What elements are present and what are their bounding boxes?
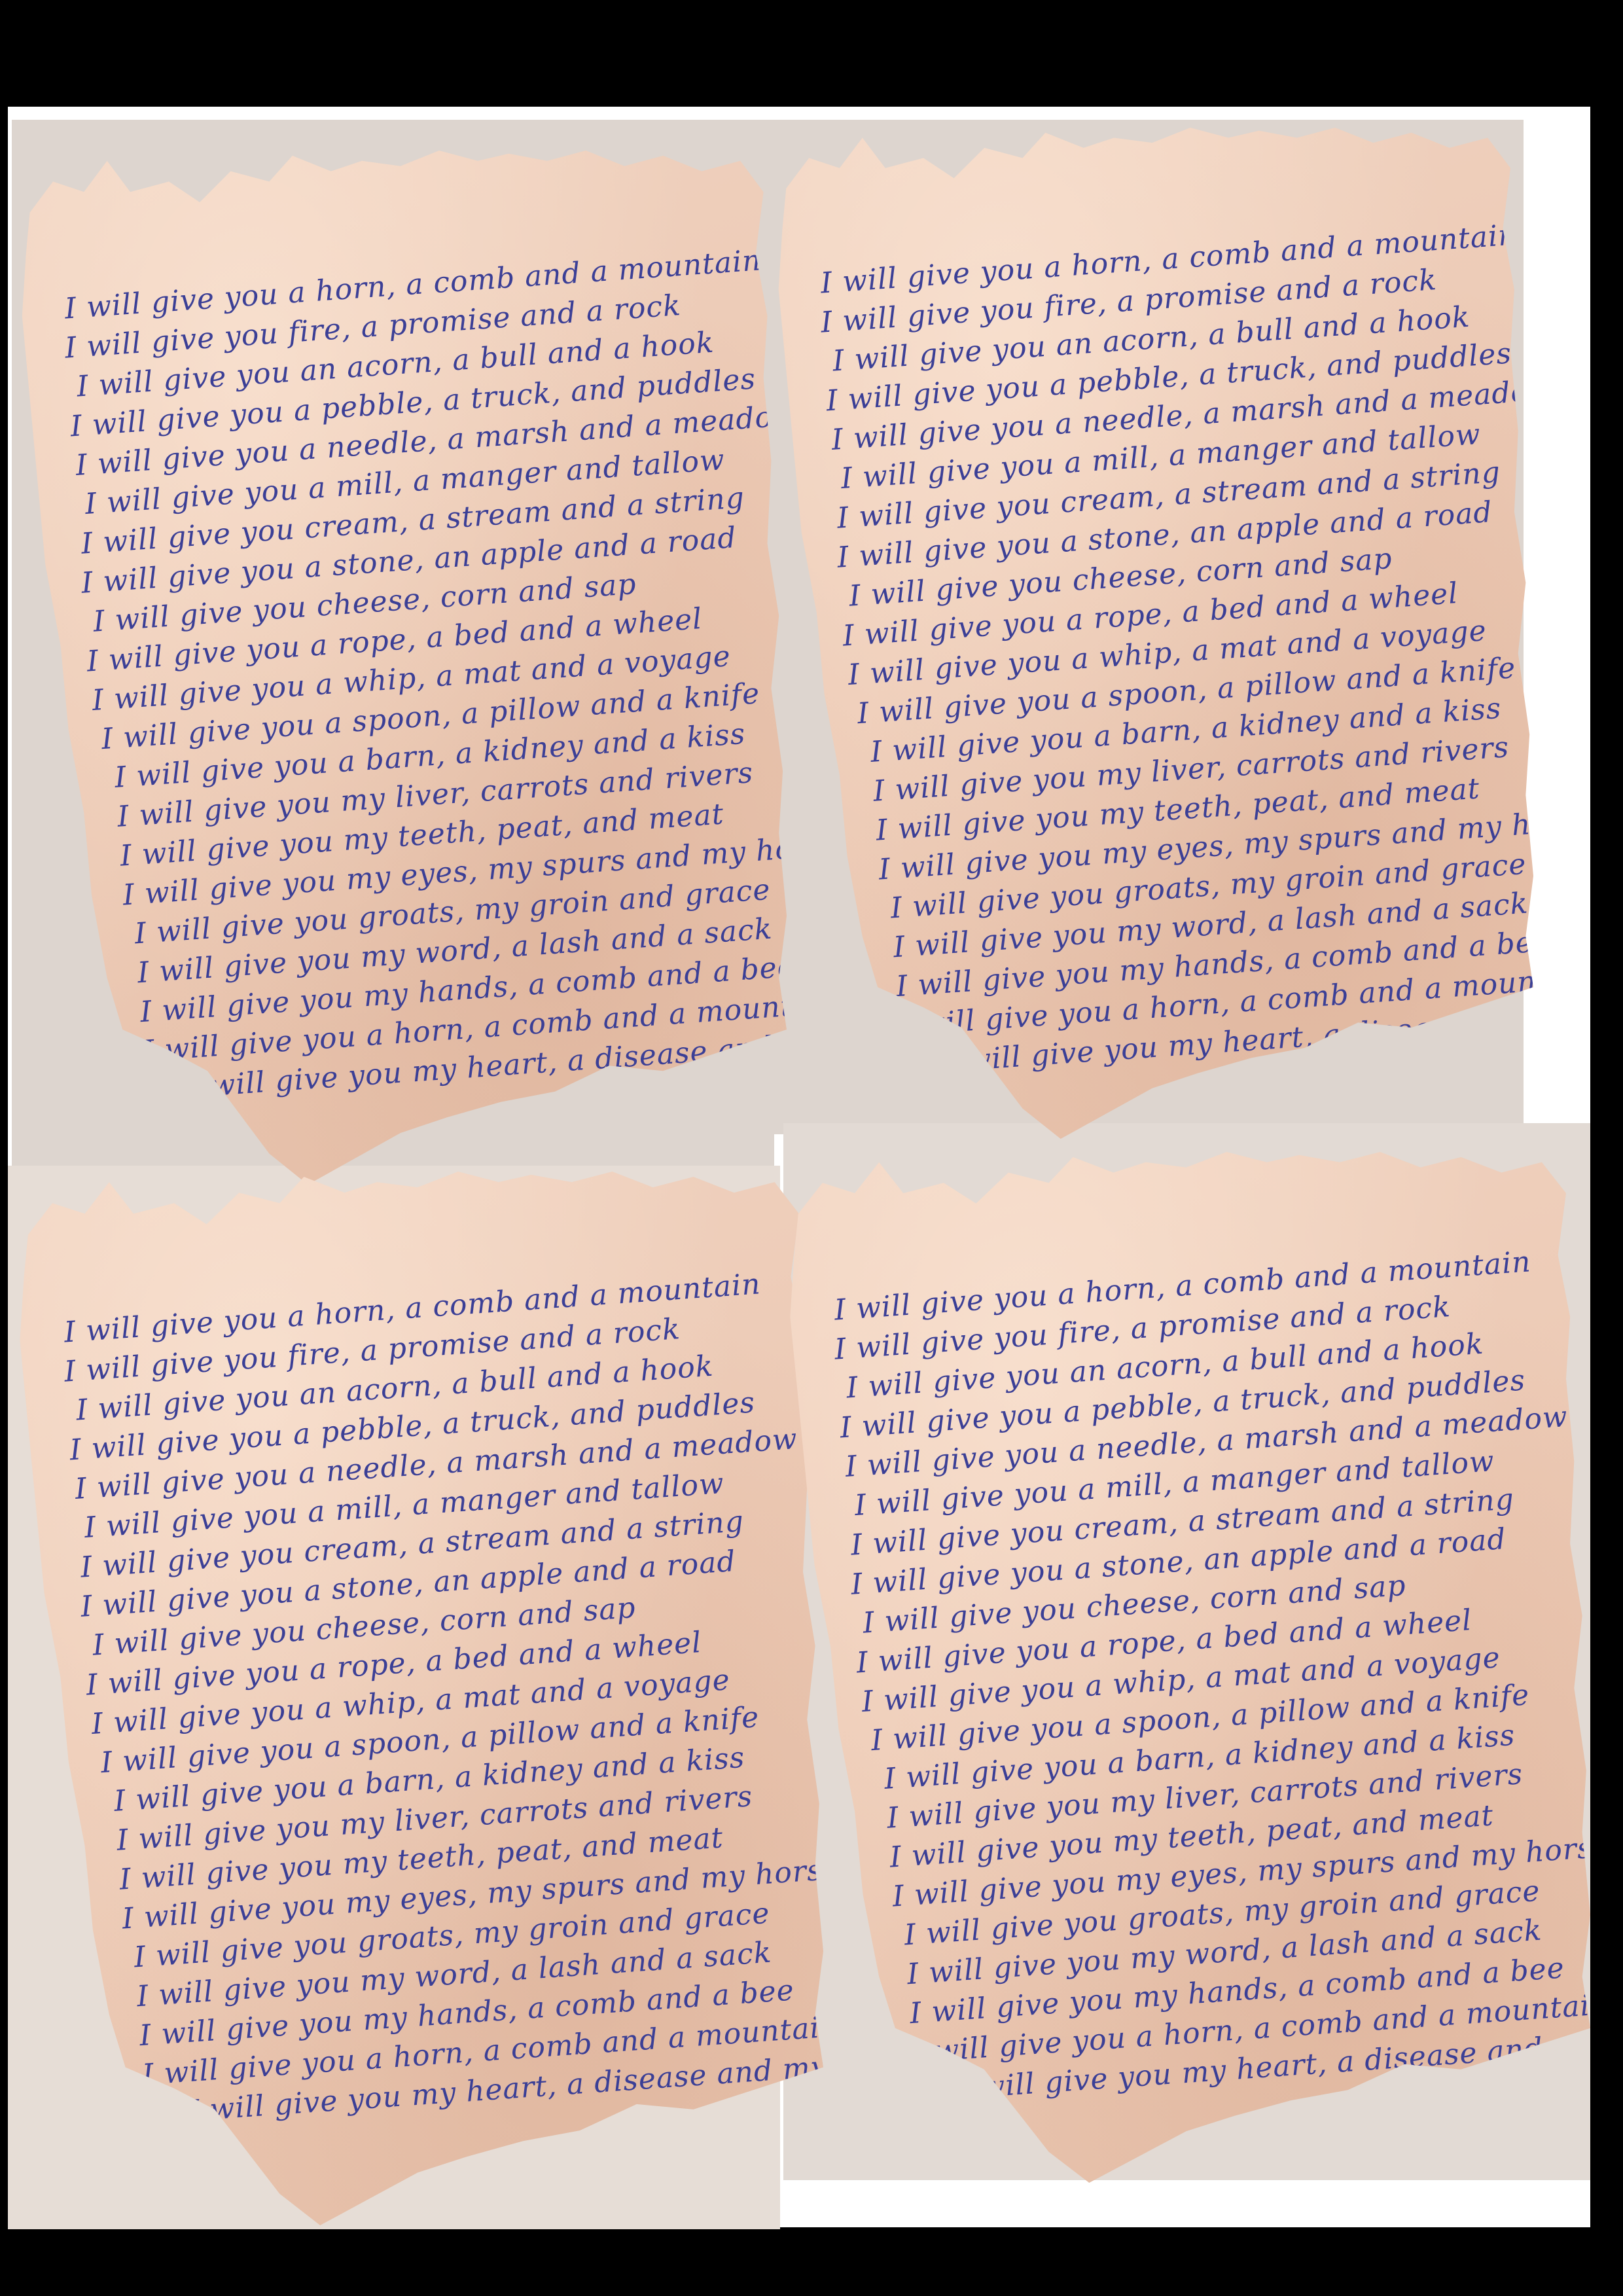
parchment-sheet-top-right: I will give you a horn, a comb and a mou… xyxy=(771,128,1533,1139)
parchment-sheet-top-left: I will give you a horn, a comb and a mou… xyxy=(14,151,787,1185)
handwritten-poem: I will give you a horn, a comb and a mou… xyxy=(61,241,827,1113)
handwritten-poem: I will give you a horn, a comb and a mou… xyxy=(817,215,1574,1087)
parchment-sheet-bottom-right: I will give you a horn, a comb and a mou… xyxy=(782,1152,1590,2183)
handwritten-poem: I will give you a horn, a comb and a mou… xyxy=(830,1239,1623,2113)
parchment-sheet-bottom-left: I will give you a horn, a comb and a mou… xyxy=(12,1172,823,2225)
handwritten-poem: I will give you a horn, a comb and a mou… xyxy=(60,1262,863,2137)
